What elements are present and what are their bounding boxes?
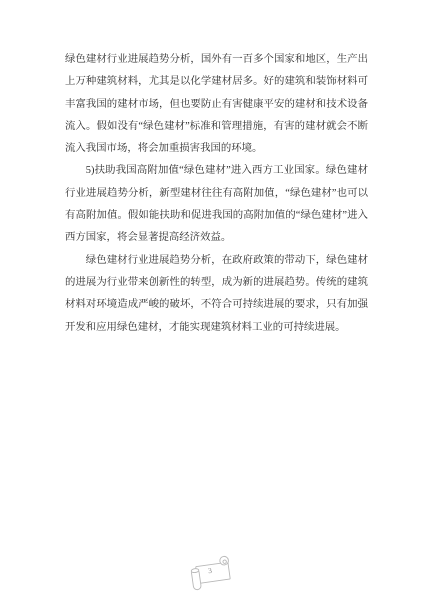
body-text: 绿色建材行业进展趋势分析，国外有一百多个国家和地区，生产出上万种建筑材料，尤其是… [65,49,368,339]
paragraph: 绿色建材行业进展趋势分析，在政府政策的带动下，绿色建材的进展为行业带来创新性的转… [65,250,368,339]
page-number-scroll: 3 [186,553,238,597]
paragraph: 5)扶助我国高附加值“绿色建材”进入西方工业国家。绿色建材行业进展趋势分析，新型… [65,160,368,249]
paragraph: 绿色建材行业进展趋势分析，国外有一百多个国家和地区，生产出上万种建筑材料，尤其是… [65,49,368,160]
document-page: 绿色建材行业进展趋势分析，国外有一百多个国家和地区，生产出上万种建筑材料，尤其是… [0,0,424,600]
